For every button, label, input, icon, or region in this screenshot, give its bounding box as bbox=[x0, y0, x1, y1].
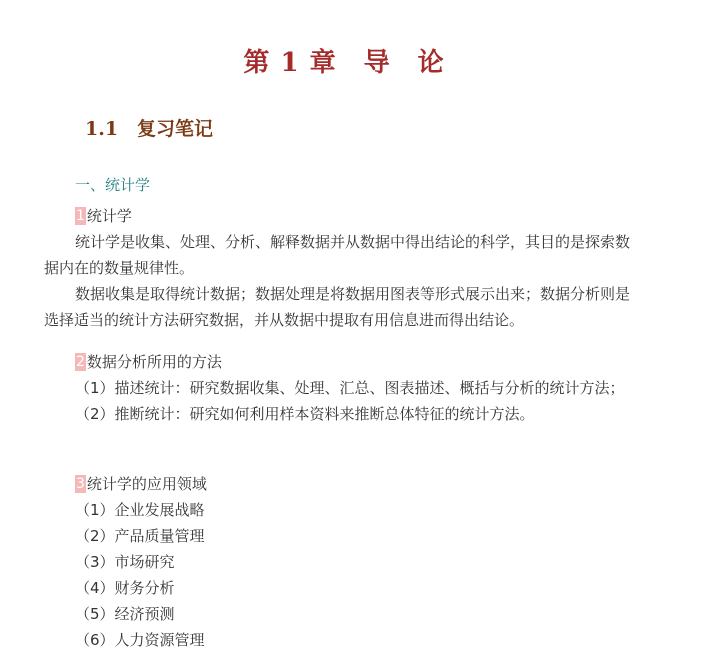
list-item: （1）描述统计：研究数据收集、处理、汇总、图表描述、概括与分析的统计方法； bbox=[44, 375, 644, 401]
section-title: 1.1 复习笔记 bbox=[85, 114, 213, 141]
document-page: 第 1 章 导 论 1.1 复习笔记 一、统计学 1统计学 统计学是收集、处理、… bbox=[0, 0, 717, 664]
topic-number-badge: 3 bbox=[75, 475, 86, 493]
list-item: （2）产品质量管理 bbox=[44, 523, 644, 549]
list-item: （4）财务分析 bbox=[44, 575, 644, 601]
topic-title: 统计学 bbox=[87, 207, 132, 225]
topic-heading: 3统计学的应用领域 bbox=[44, 471, 644, 497]
list-item: （3）市场研究 bbox=[44, 549, 644, 575]
topic-title: 统计学的应用领域 bbox=[87, 475, 207, 493]
topic-title: 数据分析所用的方法 bbox=[87, 353, 222, 371]
subsection-title: 一、统计学 bbox=[75, 174, 150, 195]
list-item: （6）人力资源管理 bbox=[44, 627, 644, 653]
topic-1: 1统计学 统计学是收集、处理、分析、解释数据并从数据中得出结论的科学，其目的是探… bbox=[44, 203, 644, 333]
topic-2: 2数据分析所用的方法 （1）描述统计：研究数据收集、处理、汇总、图表描述、概括与… bbox=[44, 349, 644, 427]
paragraph: 数据收集是取得统计数据；数据处理是将数据用图表等形式展示出来；数据分析则是选择适… bbox=[44, 281, 644, 333]
list-item: （5）经济预测 bbox=[44, 601, 644, 627]
topic-3: 3统计学的应用领域 （1）企业发展战略 （2）产品质量管理 （3）市场研究 （4… bbox=[44, 471, 644, 653]
topic-heading: 2数据分析所用的方法 bbox=[44, 349, 644, 375]
topic-number-badge: 1 bbox=[75, 207, 86, 225]
paragraph: 统计学是收集、处理、分析、解释数据并从数据中得出结论的科学，其目的是探索数据内在… bbox=[44, 229, 644, 281]
list-item: （1）企业发展战略 bbox=[44, 497, 644, 523]
topic-heading: 1统计学 bbox=[44, 203, 644, 229]
list-item: （2）推断统计：研究如何利用样本资料来推断总体特征的统计方法。 bbox=[44, 401, 644, 427]
chapter-title: 第 1 章 导 论 bbox=[0, 42, 688, 79]
topic-number-badge: 2 bbox=[75, 353, 86, 371]
